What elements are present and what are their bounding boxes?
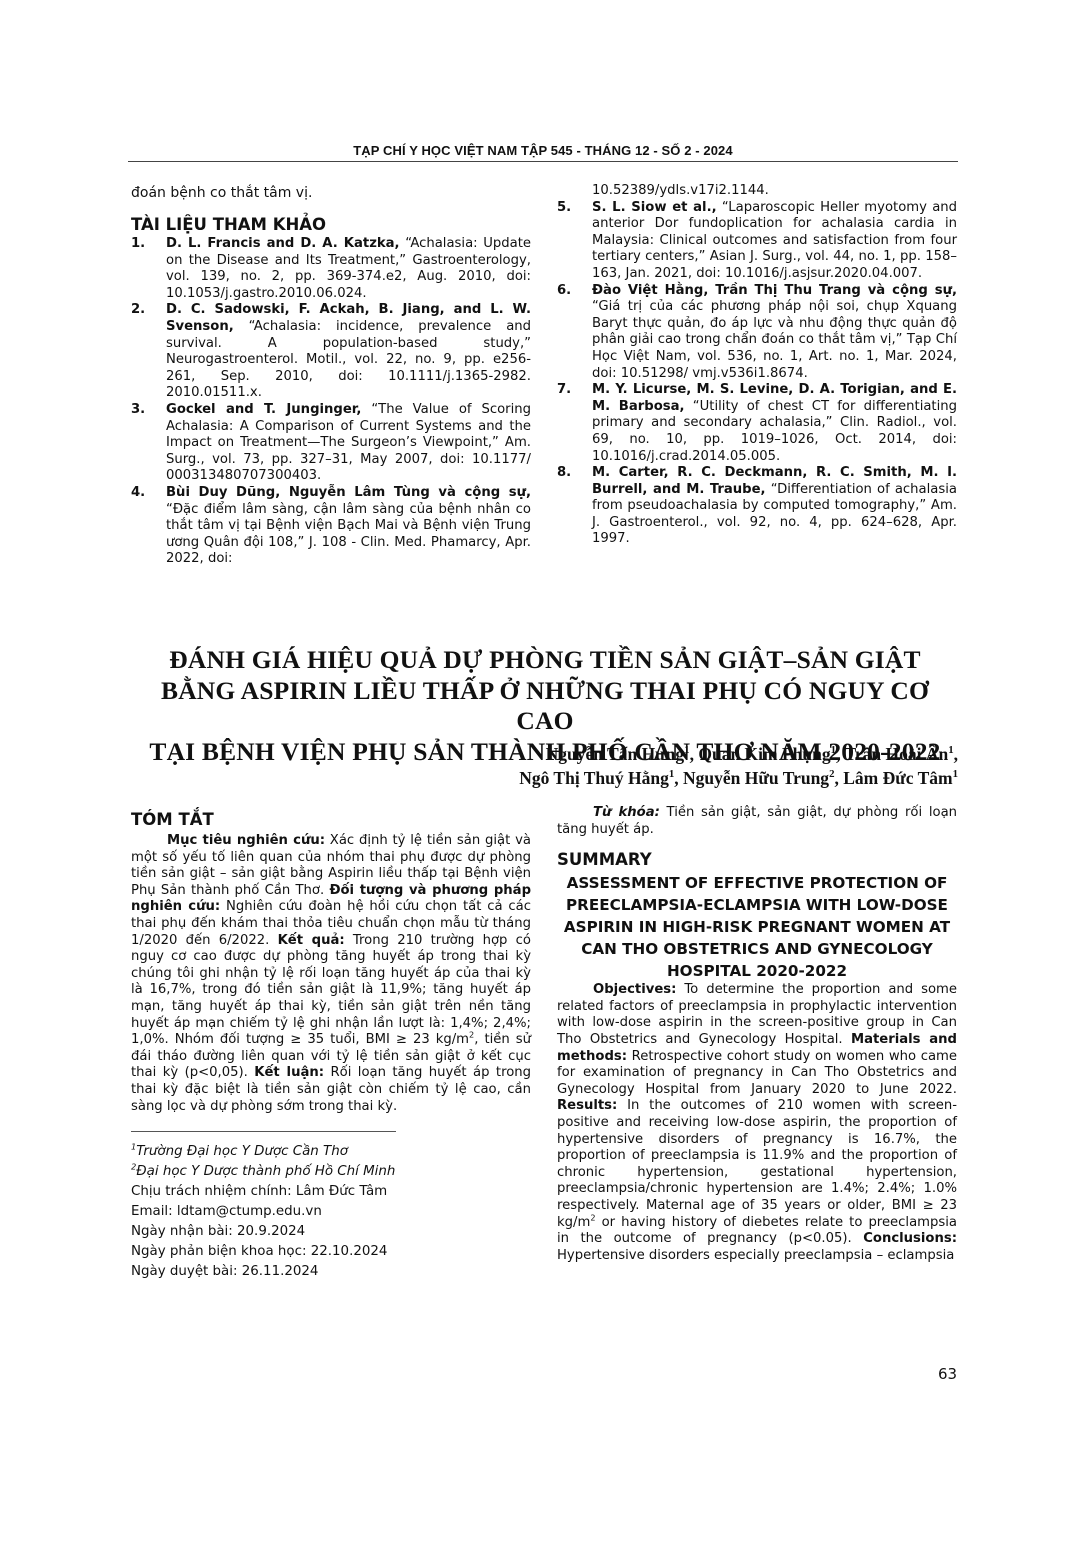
affiliation-2: 2Đại học Y Dược thành phố Hồ Chí Minh	[131, 1162, 531, 1182]
header-rule	[128, 161, 958, 162]
reference-number: 3.	[131, 402, 166, 485]
reference-item-continued: 10.52389/ydls.v17i2.1144.	[557, 183, 957, 200]
author-name: Lâm Đức Tâm	[843, 768, 952, 788]
author-name: Quan Kim Phụng	[698, 744, 830, 764]
conclusions-text: Hypertensive disorders especially preecl…	[557, 1248, 954, 1263]
reference-item: 3. Gockel and T. Junginger, “The Value o…	[131, 402, 531, 485]
affiliation-1: 1Trường Đại học Y Dược Cần Thơ	[131, 1142, 531, 1162]
objectives-label: Objectives:	[593, 982, 676, 997]
author-separator: ,	[674, 768, 683, 788]
reference-item: 8. M. Carter, R. C. Deckmann, R. C. Smit…	[557, 465, 957, 548]
abstract-vi-column: TÓM TẮT Mục tiêu nghiên cứu: Xác định tỷ…	[131, 810, 531, 1282]
date-received: Ngày nhận bài: 20.9.2024	[131, 1222, 531, 1242]
reference-authors: D. L. Francis and D. A. Katzka,	[166, 236, 400, 251]
footnote-rule	[131, 1131, 396, 1132]
reference-authors: Bùi Duy Dũng, Nguyễn Lâm Tùng và cộng sự…	[166, 485, 531, 500]
reference-item: 1. D. L. Francis and D. A. Katzka, “Acha…	[131, 236, 531, 302]
page-number: 63	[938, 1365, 957, 1383]
abstract-vi-body: Mục tiêu nghiên cứu: Xác định tỷ lệ tiền…	[131, 833, 531, 1115]
author-affiliation-marker: 1	[953, 768, 958, 780]
conclusions-label: Conclusions:	[863, 1231, 957, 1246]
reference-authors: Đào Việt Hằng, Trần Thị Thu Trang và cộn…	[592, 283, 957, 298]
reference-item: 6. Đào Việt Hằng, Trần Thị Thu Trang và …	[557, 283, 957, 383]
references-left-column: đoán bệnh co thắt tâm vị. TÀI LIỆU THAM …	[131, 184, 531, 568]
reference-number	[557, 183, 592, 200]
references-heading: TÀI LIỆU THAM KHẢO	[131, 215, 531, 235]
reference-authors: Gockel and T. Junginger,	[166, 402, 361, 417]
summary-en-column: Từ khóa: Tiền sản giật, sản giật, dự phò…	[557, 805, 957, 1264]
author-list: Nguyễn Tấn Hưng1, Quan Kim Phụng1, Trần …	[519, 743, 958, 790]
reference-item: 7. M. Y. Licurse, M. S. Levine, D. A. To…	[557, 382, 957, 465]
conclusion-label: Kết luận:	[254, 1065, 324, 1080]
date-accepted: Ngày duyệt bài: 26.11.2024	[131, 1262, 531, 1282]
objective-label: Mục tiêu nghiên cứu:	[167, 833, 325, 848]
reference-number: 2.	[131, 302, 166, 402]
summary-heading: SUMMARY	[557, 850, 957, 870]
reference-authors: S. L. Siow et al.,	[592, 200, 717, 215]
reference-number: 6.	[557, 283, 592, 383]
corresponding-email: Email: ldtam@ctump.edu.vn	[131, 1202, 531, 1222]
reference-number: 1.	[131, 236, 166, 302]
results-label: Kết quả:	[278, 933, 345, 948]
reference-number: 4.	[131, 485, 166, 568]
keywords-label: Từ khóa:	[593, 805, 660, 820]
summary-title: ASSESSMENT OF EFFECTIVE PROTECTION OF PR…	[557, 872, 957, 982]
affiliation-text: Đại học Y Dược thành phố Hồ Chí Minh	[136, 1164, 395, 1179]
article-title-line: ĐÁNH GIÁ HIỆU QUẢ DỰ PHÒNG TIỀN SẢN GIẬT…	[140, 645, 950, 676]
reference-text: 10.52389/ydls.v17i2.1144.	[592, 183, 957, 200]
reference-item: 4. Bùi Duy Dũng, Nguyễn Lâm Tùng và cộng…	[131, 485, 531, 568]
references-right-column: 10.52389/ydls.v17i2.1144. 5. S. L. Siow …	[557, 183, 957, 548]
author-separator: ,	[954, 744, 958, 764]
author-name: Ngô Thị Thuý Hằng	[519, 768, 669, 788]
results-label: Results:	[557, 1098, 617, 1113]
reference-item: 5. S. L. Siow et al., “Laparoscopic Hell…	[557, 200, 957, 283]
author-name: Nguyễn Tấn Hưng	[546, 744, 685, 764]
previous-article-closing-text: đoán bệnh co thắt tâm vị.	[131, 184, 531, 202]
journal-running-header: TẠP CHÍ Y HỌC VIỆT NAM TẬP 545 - THÁNG 1…	[128, 143, 958, 158]
author-separator: ,	[834, 768, 843, 788]
reference-text: “Giá trị của các phương pháp nội soi, ch…	[592, 299, 957, 380]
reference-text: “Đặc điểm lâm sàng, cận lâm sàng của bện…	[166, 502, 531, 567]
affiliation-text: Trường Đại học Y Dược Cần Thơ	[136, 1144, 348, 1159]
keywords: Từ khóa: Tiền sản giật, sản giật, dự phò…	[557, 805, 957, 838]
reference-number: 8.	[557, 465, 592, 548]
author-name: Nguyễn Hữu Trung	[683, 768, 829, 788]
reference-number: 7.	[557, 382, 592, 465]
results-text: In the outcomes of 210 women with screen…	[557, 1098, 957, 1229]
summary-body: Objectives: To determine the proportion …	[557, 982, 957, 1264]
date-reviewed: Ngày phản biện khoa học: 22.10.2024	[131, 1242, 531, 1262]
abstract-vi-heading: TÓM TẮT	[131, 810, 531, 830]
corresponding-author: Chịu trách nhiệm chính: Lâm Đức Tâm	[131, 1182, 531, 1202]
author-name: Trần Hoài Ân	[844, 744, 948, 764]
article-title-line: BẰNG ASPIRIN LIỀU THẤP Ở NHỮNG THAI PHỤ …	[140, 676, 950, 737]
reference-number: 5.	[557, 200, 592, 283]
reference-item: 2. D. C. Sadowski, F. Ackah, B. Jiang, a…	[131, 302, 531, 402]
